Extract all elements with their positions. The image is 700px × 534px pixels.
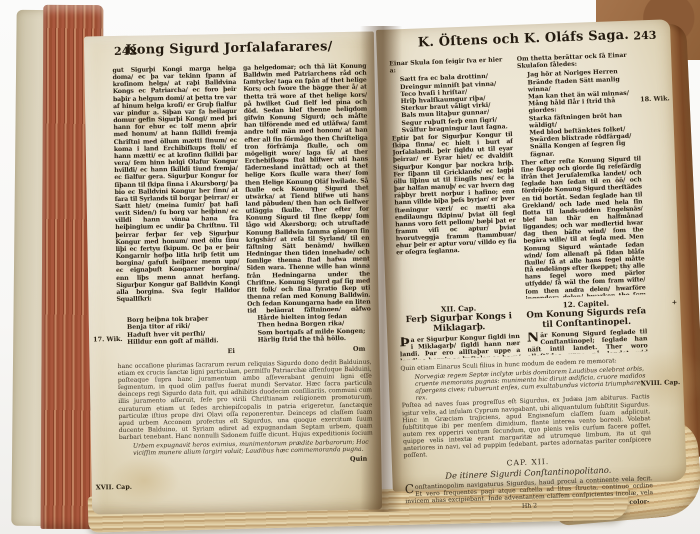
- swedish-column: ga helgedomar; och thä lät Konung Balldw…: [243, 63, 372, 355]
- running-title: Kong Sigurd Jorſalafarares/: [84, 39, 374, 59]
- swedish-paragraph: ga helgedomar; och thä lät Konung Balldw…: [243, 63, 371, 313]
- drop-cap: N: [527, 332, 540, 343]
- icelandic-column: gut Sigurþi Kongi marga helga doma/ ec þ…: [112, 65, 241, 357]
- chapter-title: Ferþ Sigurþar Kongs i Miklagarþ.: [399, 312, 520, 335]
- saga-text-columns: gut Sigurþi Kongi marga helga doma/ ec þ…: [112, 63, 371, 357]
- catchword: color-: [629, 499, 649, 507]
- running-title: K. Öſtens och K. Oláfs Saga.: [376, 26, 670, 52]
- margin-note-cap: XVII. Cap.: [96, 483, 132, 492]
- right-page-body: 18. Wik. + XVIII. Cap. Einar Skula ſon ſ…: [377, 50, 688, 517]
- page-number: 243: [633, 29, 656, 43]
- chapter-opening: När Konung Sigurd ſeglade til Conſtantin…: [527, 328, 648, 355]
- margin-note-wik: 18. Wik.: [640, 94, 670, 103]
- latin-commentary: hanc occaſione plurimas ſacrarum rerum r…: [118, 359, 374, 468]
- saga-text-columns: Einar Skula ſon ſeigir ſva er hier a: Sæ…: [389, 51, 648, 360]
- swedish-verse: Jag hör at Noriges Herren Brände ſtaden …: [517, 66, 641, 160]
- chapter-text: är Konung Sigurd ſeglade til Conſtantino…: [527, 328, 648, 355]
- drop-cap: C: [405, 484, 415, 495]
- icelandic-verse: Sætt fra ec bala drottinn/ Dreingur minn…: [390, 70, 513, 135]
- left-page-body: 17. Wik. XVII. Cap. gut Sigurþi Kongi ma…: [84, 63, 381, 468]
- latin-commentary: Quin etiam Einarus Sculi filius in hunc …: [400, 356, 653, 516]
- swedish-verse: Hårde hielten intog ſedan Then hedna Bor…: [247, 311, 371, 345]
- swedish-column: Om thetta berättar ock ſå Einar Skulaſon…: [517, 51, 648, 355]
- chapter-opening: Þa er Sigurþur Kongur ſigldi inn i Mikla…: [399, 333, 520, 360]
- margin-note-wik: 17. Wik.: [93, 335, 123, 344]
- margin-note-plus: +: [672, 298, 678, 306]
- margin-note-cap: XVIII. Cap.: [641, 378, 681, 387]
- icelandic-paragraph: Eptir þat for Sigurþur Kongur til ſkipa …: [392, 131, 519, 304]
- icelandic-column: Einar Skula ſon ſeigir ſva er hier a: Sæ…: [389, 56, 520, 360]
- latin-paragraph: Poſtea ad naves ſuas progreſſus eſt Sigu…: [402, 394, 652, 460]
- book-photo: 242 Kong Sigurd Jorſalafarares/ 17. Wik.…: [0, 0, 700, 534]
- icelandic-paragraph: gut Sigurþi Kongi marga helga doma/ ec þ…: [112, 65, 240, 315]
- catchword: Om: [248, 343, 372, 355]
- drop-cap: Þ: [399, 337, 410, 348]
- catchword: Ei: [117, 345, 241, 357]
- chapter-title: Om Konung Sigurds reſa til Conſtantinope…: [526, 307, 647, 330]
- swedish-paragraph: Ther efter reſte Konung Sigurd til ſine …: [520, 155, 646, 299]
- chapter-text: a er Sigurþur Kongur ſigldi inn i Miklag…: [400, 333, 521, 360]
- icelandic-verse: Borg heiþna tok braþer Benja titor af ri…: [117, 313, 241, 347]
- left-page: 242 Kong Sigurd Jorſalafarares/ 17. Wik.…: [84, 32, 382, 515]
- right-page: K. Öſtens och K. Oláfs Saga. 243 18. Wik…: [376, 19, 687, 491]
- latin-paragraph: hanc occaſione plurimas ſacrarum rerum r…: [118, 359, 373, 441]
